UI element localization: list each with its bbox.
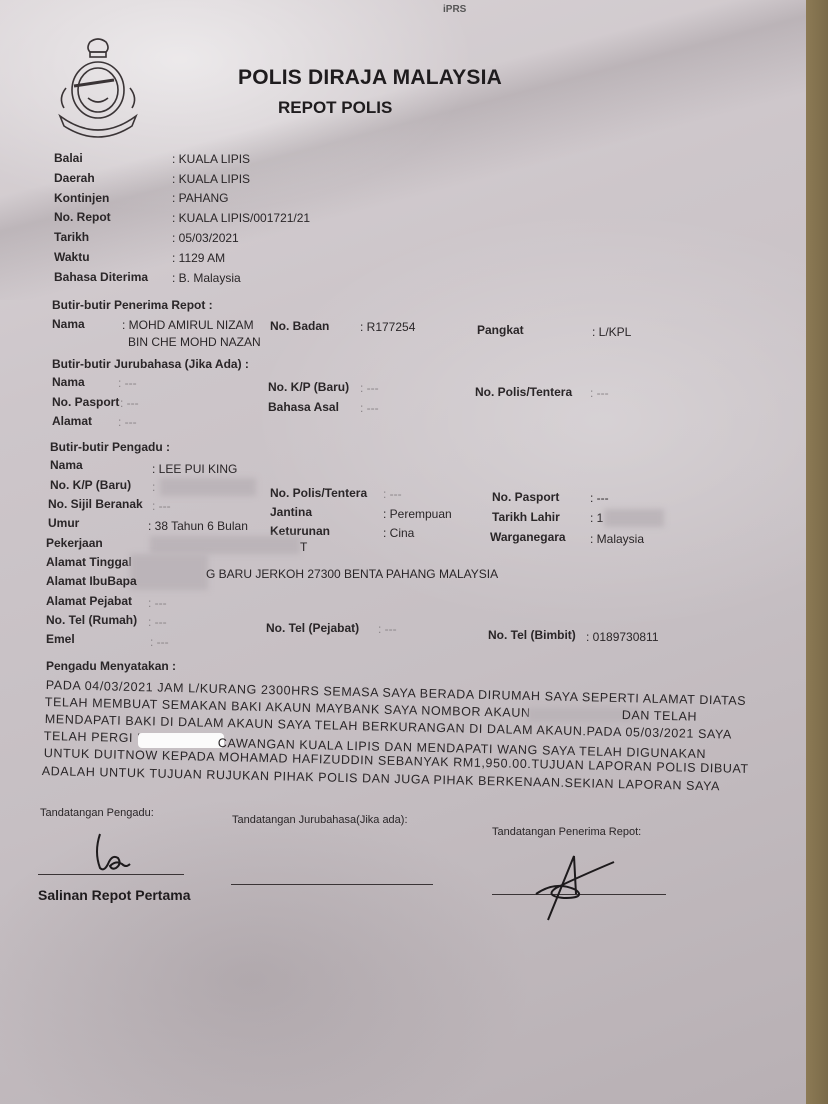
bahasa-label: Bahasa Diterima (54, 270, 148, 284)
signature-jurubahasa-label: Tandatangan Jurubahasa(Jika ada): (232, 814, 408, 826)
interpreter-nama-label: Nama (52, 375, 85, 389)
complainant-polis-value: : --- (383, 487, 402, 501)
interpreter-alamat-label: Alamat (52, 414, 92, 428)
kontinjen-label: Kontinjen (54, 191, 109, 205)
interpreter-kp-value: : --- (360, 381, 379, 395)
pdrm-crest-icon (52, 38, 144, 142)
balai-label: Balai (54, 151, 83, 165)
redacted-address (130, 554, 208, 590)
complainant-alamat-tinggal-value: G BARU JERKOH 27300 BENTA PAHANG MALAYSI… (206, 567, 498, 581)
complainant-tel-pejabat-value: : --- (378, 622, 397, 636)
complainant-tel-rumah-value: : --- (148, 615, 167, 629)
waktu-value: : 1129 AM (172, 251, 225, 265)
complainant-warga-label: Warganegara (490, 530, 566, 544)
complainant-keturunan-value: : Cina (383, 526, 414, 540)
complainant-signature-line (38, 874, 184, 875)
complainant-pasport-value: : --- (590, 491, 609, 505)
interpreter-bahasa-label: Bahasa Asal (268, 400, 339, 414)
redacted-ic-number (160, 478, 256, 496)
interpreter-polis-value: : --- (590, 386, 609, 400)
complainant-tel-bimbit-label: No. Tel (Bimbit) (488, 628, 576, 642)
complainant-kp-value: : (152, 480, 155, 494)
redacted-birth-date (604, 509, 664, 527)
complainant-alamat-tinggal-label: Alamat Tinggal (46, 555, 132, 569)
first-copy-label: Salinan Repot Pertama (38, 887, 191, 903)
statement-line-2b: DAN TELAH (622, 708, 698, 724)
tarikh-label: Tarikh (54, 230, 89, 244)
waktu-label: Waktu (54, 250, 90, 264)
redacted-bank-branch (138, 733, 224, 748)
complainant-lahir-label: Tarikh Lahir (492, 510, 560, 524)
complainant-polis-label: No. Polis/Tentera (270, 486, 367, 500)
complainant-section-title: Butir-butir Pengadu : (50, 440, 170, 454)
complainant-emel-value: : --- (150, 635, 169, 649)
complainant-jantina-label: Jantina (270, 505, 312, 519)
interpreter-polis-label: No. Polis/Tentera (475, 385, 572, 399)
tarikh-value: : 05/03/2021 (172, 231, 239, 245)
daerah-value: : KUALA LIPIS (172, 172, 250, 186)
receiver-badan-label: No. Badan (270, 319, 329, 333)
complainant-alamat-ibubapa-label: Alamat IbuBapa (46, 574, 137, 588)
complainant-tel-rumah-label: No. Tel (Rumah) (46, 613, 137, 627)
receiver-nama-label: Nama (52, 317, 85, 331)
receiver-badan-value: : R177254 (360, 320, 415, 334)
complainant-nama-value: : LEE PUI KING (152, 462, 237, 476)
complainant-jantina-value: : Perempuan (383, 507, 452, 521)
daerah-label: Daerah (54, 171, 95, 185)
complainant-umur-value: : 38 Tahun 6 Bulan (148, 519, 248, 533)
interpreter-alamat-value: : --- (118, 415, 137, 429)
complainant-sijil-value: : --- (152, 499, 171, 513)
balai-value: : KUALA LIPIS (172, 152, 250, 166)
signature-penerima-label: Tandatangan Penerima Repot: (492, 826, 641, 838)
bahasa-value: : B. Malaysia (172, 271, 241, 285)
receiver-pangkat-value: : L/KPL (592, 325, 631, 339)
complainant-nama-label: Nama (50, 458, 83, 472)
complainant-pasport-label: No. Pasport (492, 490, 559, 504)
complainant-umur-label: Umur (48, 516, 79, 530)
complainant-lahir-value: : 1 (590, 511, 603, 525)
complainant-alamat-pejabat-label: Alamat Pejabat (46, 594, 132, 608)
redacted-occupation (150, 536, 300, 554)
complainant-pekerjaan-value: T (300, 540, 307, 554)
page-title: POLIS DIRAJA MALAYSIA (238, 66, 502, 90)
receiver-nama-value: : MOHD AMIRUL NIZAM (122, 318, 254, 332)
interpreter-nama-value: : --- (118, 376, 137, 390)
receiver-nama-value-line2: BIN CHE MOHD NAZAN (128, 335, 261, 349)
complainant-alamat-pejabat-value: : --- (148, 596, 167, 610)
receiver-pangkat-label: Pangkat (477, 323, 524, 337)
interpreter-signature-line (231, 884, 433, 885)
complainant-pekerjaan-label: Pekerjaan (46, 536, 103, 550)
police-report-paper (0, 0, 806, 1104)
interpreter-kp-label: No. K/P (Baru) (268, 380, 349, 394)
no-repot-value: : KUALA LIPIS/001721/21 (172, 211, 310, 225)
complainant-tel-bimbit-value: : 0189730811 (586, 630, 659, 644)
complainant-tel-pejabat-label: No. Tel (Pejabat) (266, 621, 359, 635)
complainant-kp-label: No. K/P (Baru) (50, 478, 131, 492)
page-subtitle: REPOT POLIS (278, 98, 392, 118)
complainant-warga-value: : Malaysia (590, 532, 644, 546)
kontinjen-value: : PAHANG (172, 191, 228, 205)
interpreter-bahasa-value: : --- (360, 401, 379, 415)
table-edge (806, 0, 828, 1104)
no-repot-label: No. Repot (54, 210, 111, 224)
system-tag: iPRS (443, 4, 466, 15)
receiver-signature-icon (526, 850, 626, 922)
complainant-signature-icon (90, 830, 140, 874)
statement-section-title: Pengadu Menyatakan : (46, 659, 176, 673)
complainant-sijil-label: No. Sijil Beranak (48, 497, 143, 511)
interpreter-pasport-value: : --- (120, 396, 139, 410)
interpreter-pasport-label: No. Pasport (52, 395, 119, 409)
receiver-section-title: Butir-butir Penerima Repot : (52, 298, 213, 312)
signature-pengadu-label: Tandatangan Pengadu: (40, 807, 154, 819)
interpreter-section-title: Butir-butir Jurubahasa (Jika Ada) : (52, 357, 249, 371)
complainant-emel-label: Emel (46, 632, 75, 646)
